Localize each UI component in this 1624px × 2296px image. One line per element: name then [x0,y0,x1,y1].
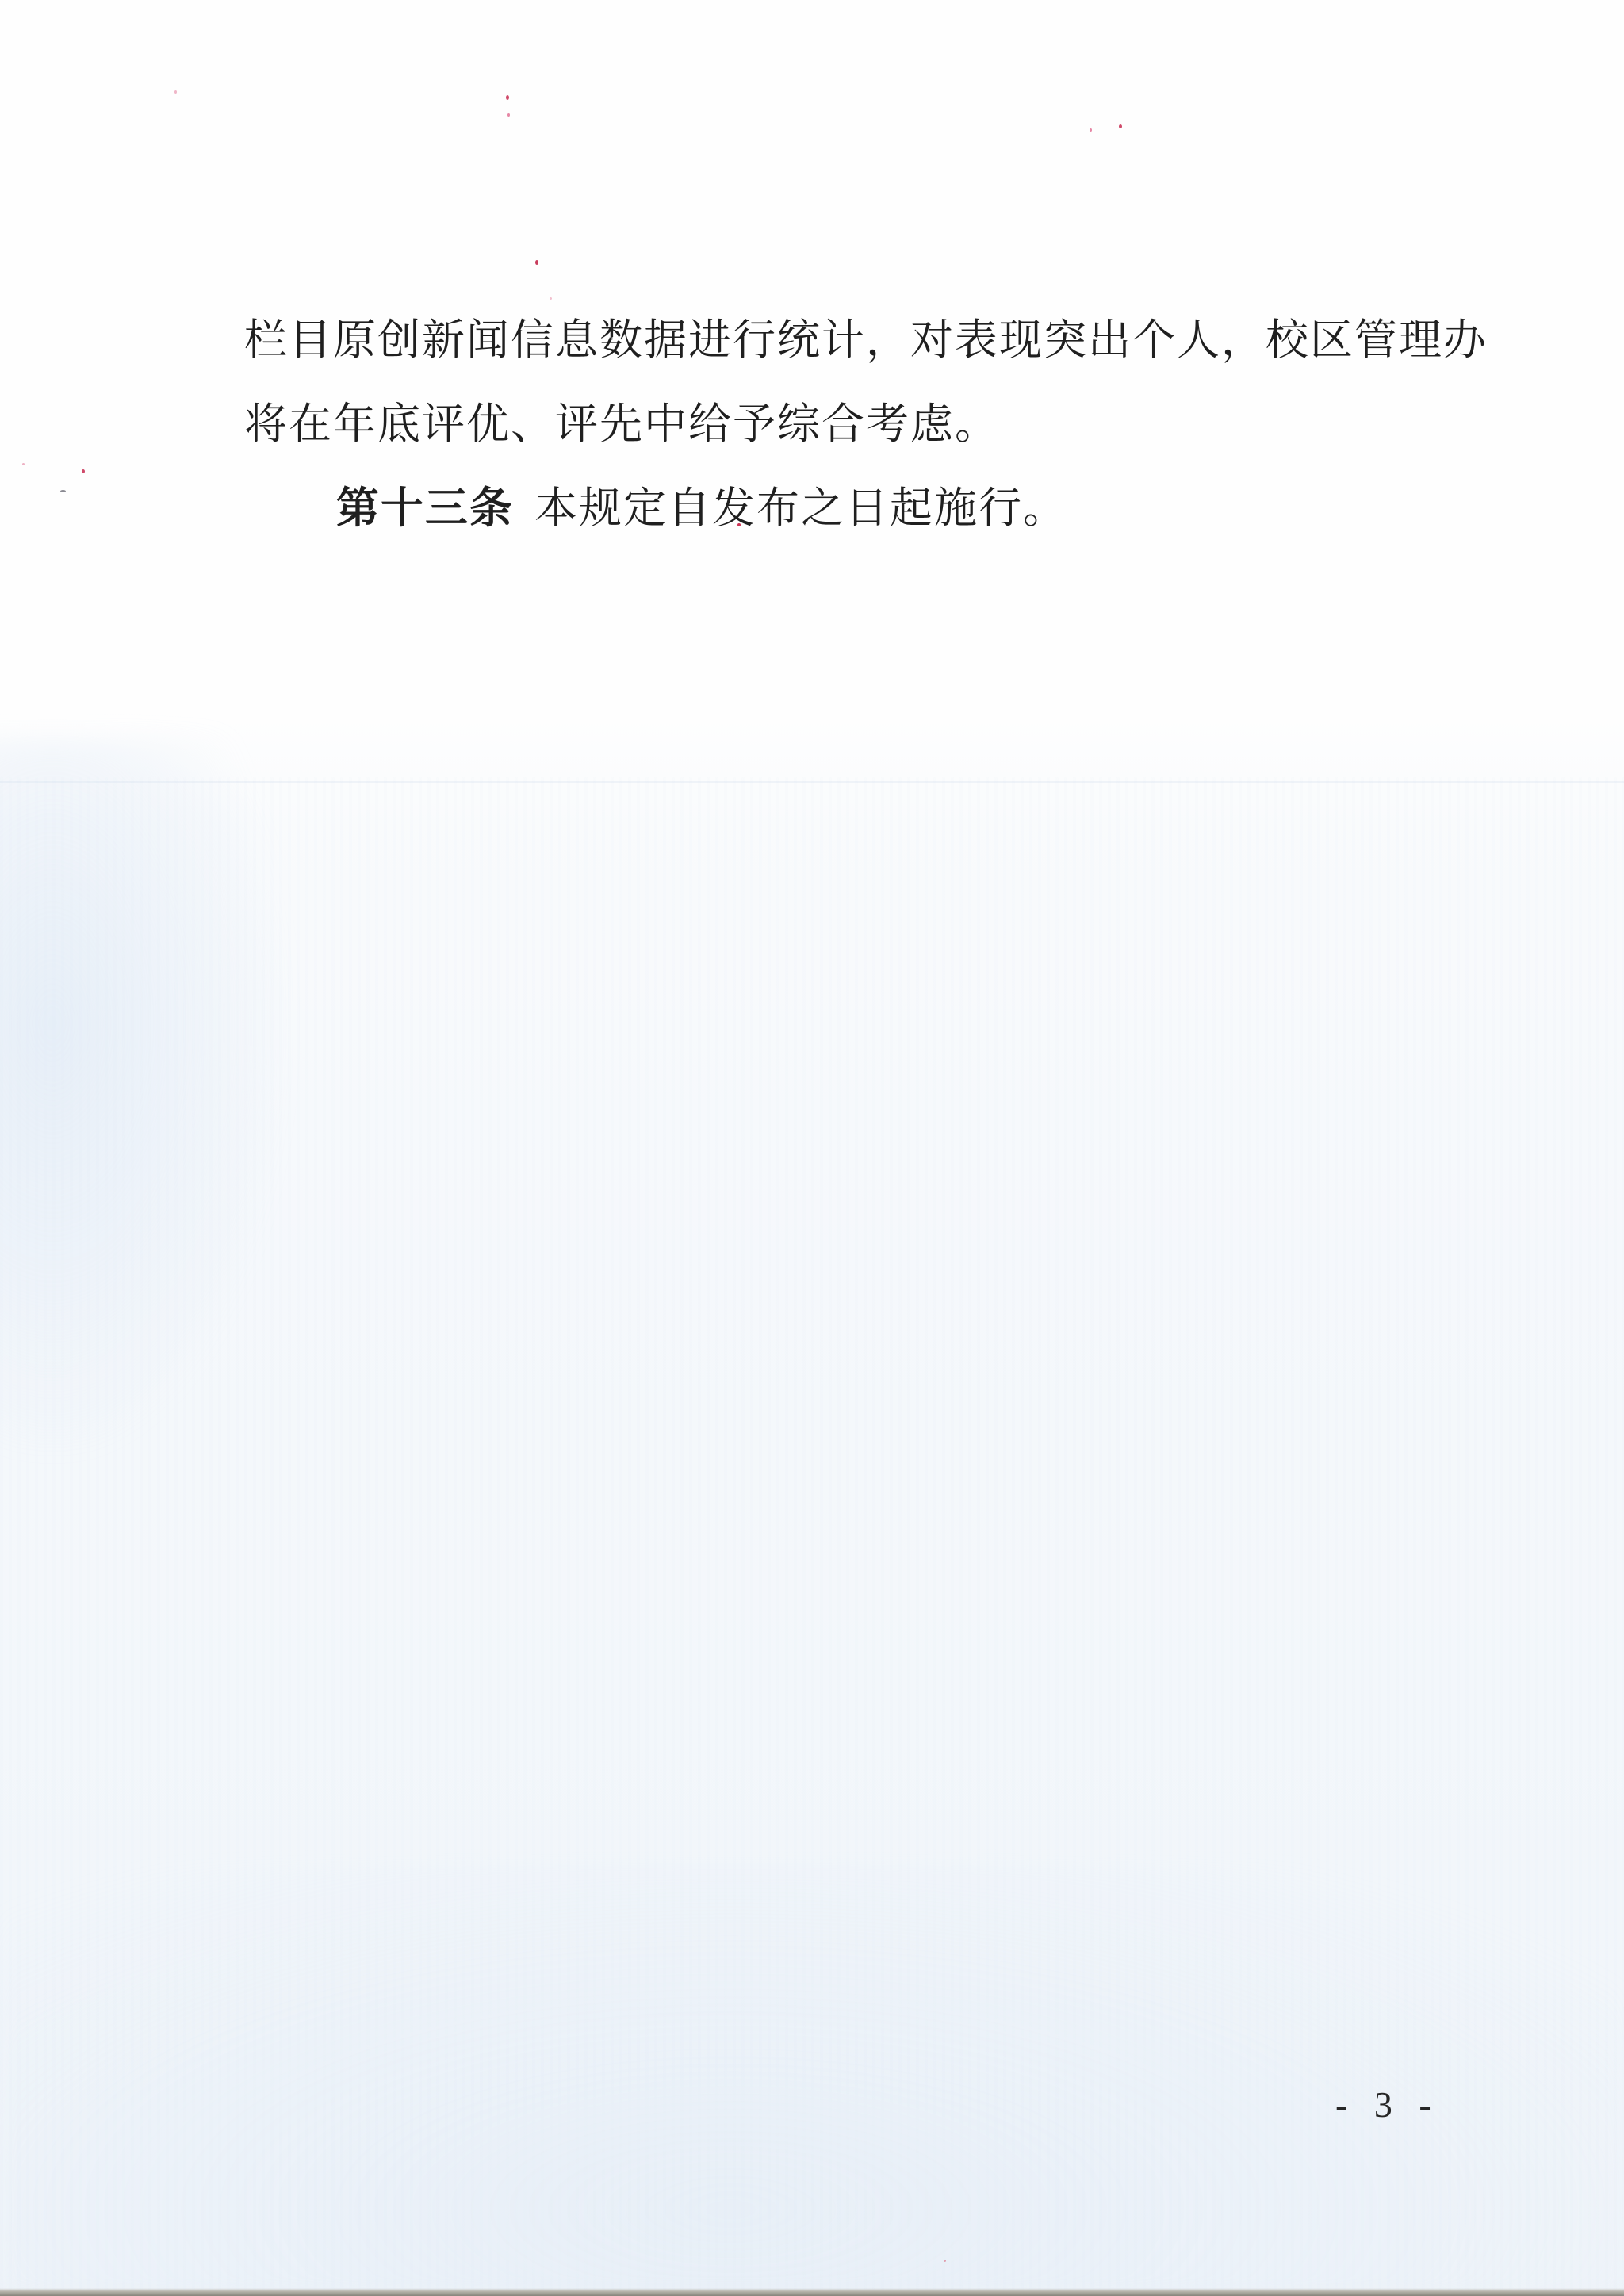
scan-speck [82,469,85,473]
scanned-document-page: 栏目原创新闻信息数据进行统计，对表现突出个人，校区管理办 将在年底评优、评先中给… [0,0,1624,2296]
scan-mottle-left [0,737,285,1451]
scan-speck [174,90,177,94]
paragraph-line-2: 将在年底评优、评先中给予综合考虑。 [244,390,999,451]
scan-seam-line [0,781,1624,783]
scan-speck [60,490,66,492]
scanner-bottom-edge [0,2288,1624,2296]
article-13-text: 本规定自发布之日起施行。 [534,484,1067,532]
scan-streaks-texture [0,777,1624,2296]
scan-speck [22,463,25,465]
scan-speck [1090,128,1092,132]
scan-speck [507,113,510,117]
scan-mottle-bottom [0,1863,1624,2296]
article-number-bold: 第十三条 [336,484,514,532]
scan-speck [550,297,552,300]
scan-speck [944,2260,946,2262]
scan-speck [535,260,538,265]
paragraph-line-1: 栏目原创新闻信息数据进行统计，对表现突出个人，校区管理办 [244,306,1488,367]
article-13-line: 第十三条本规定自发布之日起施行。 [336,474,1067,535]
scan-speck [1119,124,1122,128]
scan-speck [506,95,509,100]
page-number: - 3 - [1335,2084,1434,2126]
